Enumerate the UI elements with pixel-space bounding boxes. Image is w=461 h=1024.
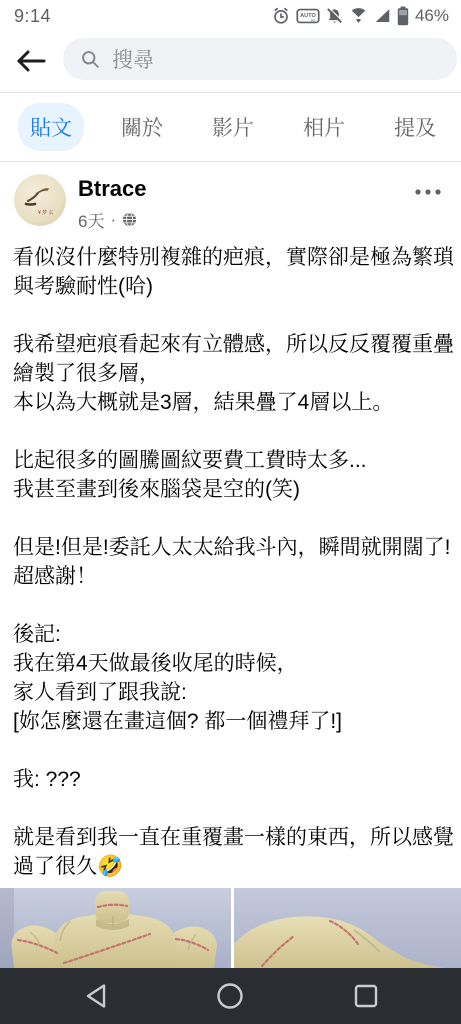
post-text-line: 就是看到我一直在重覆畫一樣的東西，所以感覺 [13,823,453,852]
post-text-line: 看似沒什麼特別複雜的疤痕，實際卻是極為繁瑣 [13,243,453,272]
post-text-line [13,591,453,620]
post-text-line: 比起很多的圖騰圖紋要費工費時太多... [13,446,453,475]
nav-recents-icon [353,983,379,1009]
wifi-icon [349,7,368,25]
battery-percent: 46% [415,6,449,26]
svg-text:HJ: HJ [311,19,316,23]
svg-text:¥ 梦 玄: ¥ 梦 玄 [38,209,54,216]
tab-photos[interactable]: 相片 [291,103,357,151]
search-header: 搜尋 [0,30,461,93]
post-text-line: 本以為大概就是3層，結果疊了4層以上。 [13,388,453,417]
post-text-line: 我: ??? [13,765,453,794]
cell-signal-icon [373,7,392,25]
post-text-line [13,504,453,533]
post-text-line [13,417,453,446]
post-time: 6天 [78,207,104,232]
alarm-icon [271,6,291,26]
auto-icon: AUTOHJ [296,7,320,25]
battery-icon [397,6,409,26]
tab-about[interactable]: 關於 [109,103,175,151]
ellipsis-icon [414,188,442,196]
tab-videos[interactable]: 影片 [200,103,266,151]
post-menu-button[interactable] [411,180,445,204]
post-photo-left[interactable] [0,888,231,968]
profile-tab-bar: 貼文 關於 影片 相片 提及 [0,93,461,162]
post-text-line [13,736,453,765]
nav-back-icon [83,982,109,1010]
notifications-muted-icon [325,7,344,26]
nav-recents-button[interactable] [348,981,384,1011]
nav-back-button[interactable] [78,981,114,1011]
phone-screen: 9:14 AUTOHJ 46% 搜尋 貼文 關於 影片 相片 提及 [0,0,461,1024]
post-text-line: 與考驗耐性(哈) [13,272,453,301]
search-input[interactable]: 搜尋 [63,38,457,80]
post-text-line: 我在第4天做最後收尾的時候， [13,649,453,678]
post-photo-right[interactable] [234,888,461,968]
post-text-line [13,301,453,330]
globe-icon [122,212,137,227]
post-text-line: 繪製了很多層， [13,359,453,388]
nav-home-button[interactable] [212,981,248,1011]
post-text-line: [妳怎麼還在畫這個? 都一個禮拜了!] [13,707,453,736]
post-meta: 6天 · [78,207,137,232]
back-arrow-icon [15,48,47,74]
post-text-line: 過了很久🤣 [13,852,453,881]
post-text-line: 但是!但是!委託人太太給我斗內，瞬間就開闊了! [13,533,453,562]
post-text-line: 家人看到了跟我說: [13,678,453,707]
post-photo-grid [0,888,461,968]
tab-mentions[interactable]: 提及 [382,103,448,151]
post-header: ¥ 梦 玄 Btrace 6天 · [0,166,461,238]
status-bar: 9:14 AUTOHJ 46% [0,0,461,30]
avatar[interactable]: ¥ 梦 玄 [14,174,66,226]
post-text: 看似沒什麼特別複雜的疤痕，實際卻是極為繁瑣與考驗耐性(哈)我希望疤痕看起來有立體… [13,243,453,881]
post-author-name[interactable]: Btrace [78,176,146,202]
clock-time: 9:14 [14,6,51,27]
search-placeholder: 搜尋 [112,44,154,74]
post-text-line: 我希望疤痕看起來有立體感，所以反反覆覆重疊 [13,330,453,359]
meta-separator: · [110,210,116,230]
search-icon [80,49,101,70]
nav-home-icon [216,982,244,1010]
post-text-line: 後記: [13,620,453,649]
post-text-line: 我甚至畫到後來腦袋是空的(笑) [13,475,453,504]
post-text-line [13,794,453,823]
android-nav-bar [0,968,461,1024]
tab-posts[interactable]: 貼文 [18,103,84,151]
post-text-line: 超感謝！ [13,562,453,591]
back-button[interactable] [13,43,49,79]
